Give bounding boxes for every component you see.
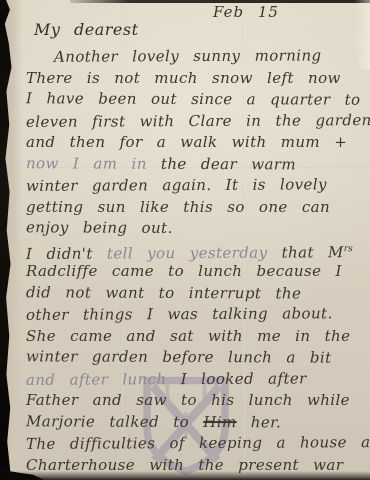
letter-line: now I am in the dear warm	[26, 153, 366, 176]
letter-text-segment: winter garden again. It is lovely	[26, 175, 327, 195]
letter-body: Another lovely sunny morningThere is not…	[26, 46, 366, 476]
letter-line: There is not much snow left now	[26, 68, 366, 90]
letter-text-segment: enjoy being out.	[26, 218, 173, 237]
letter-line: Another lovely sunny morning	[26, 45, 366, 68]
letter-paper: Feb 15 My dearest Another lovely sunny m…	[0, 0, 370, 480]
letter-line: I have been out since a quarter to	[26, 88, 366, 111]
letter-text-segment: getting sun like this so one can	[26, 198, 330, 216]
letter-line: did not want to interrupt the	[26, 282, 366, 305]
letter-text-segment: Father and saw to his lunch while	[26, 391, 350, 409]
letter-text-segment: rs	[344, 244, 353, 254]
letter-line: and after lunch I looked after	[26, 368, 366, 391]
scanned-letter: Feb 15 My dearest Another lovely sunny m…	[0, 0, 370, 480]
letter-line: She came and sat with me in the	[26, 326, 366, 348]
letter-line: winter garden again. It is lovely	[26, 174, 366, 197]
letter-line: Radcliffe came to lunch because I	[26, 261, 366, 283]
scan-edge-bottom	[0, 471, 370, 480]
letter-line: getting sun like this so one can	[26, 197, 366, 219]
letter-text-segment: winter garden before lunch a bit	[26, 347, 332, 366]
letter-text-segment: Marjorie talked to	[26, 412, 203, 431]
letter-text-segment: now I am in	[26, 154, 161, 173]
letter-text-segment: other things I was talking about.	[26, 304, 333, 324]
letter-line: Father and saw to his lunch while	[26, 390, 366, 412]
letter-text-segment: eleven first with Clare in the garden	[26, 111, 370, 131]
letter-text-segment: and after lunch	[26, 370, 181, 389]
letter-text-segment: I have been out since a quarter to	[26, 89, 361, 108]
letter-text-segment: There is not much snow left now	[26, 69, 341, 87]
letter-text-segment: Him	[203, 413, 236, 431]
letter-line: enjoy being out.	[26, 217, 366, 240]
letter-text-segment: She came and sat with me in the	[26, 327, 350, 345]
letter-line: winter garden before lunch a bit	[26, 346, 366, 369]
letter-text-segment: did not want to interrupt the	[26, 283, 301, 302]
letter-line: other things I was talking about.	[26, 303, 366, 326]
letter-line: The difficulties of keeping a house at	[26, 432, 366, 455]
letter-line: and then for a walk with mum +	[26, 132, 366, 154]
letter-text-segment: Another lovely sunny morning	[54, 46, 322, 65]
letter-text-segment: the dear warm	[161, 154, 296, 173]
letter-date: Feb 15	[213, 3, 279, 21]
letter-line: I didn't tell you yesterday that Mrs	[26, 239, 366, 262]
letter-text-segment: I didn't	[26, 244, 107, 262]
letter-text-segment: Radcliffe came to lunch because I	[26, 262, 342, 280]
letter-line: Marjorie talked to Him her.	[26, 411, 366, 434]
letter-text-segment: The difficulties of keeping a house at	[26, 433, 370, 453]
letter-text-segment: tell you yesterday	[107, 243, 282, 262]
letter-text-segment: her.	[237, 413, 282, 431]
scan-corner-top-right	[354, 0, 370, 70]
letter-line: eleven first with Clare in the garden	[26, 110, 366, 133]
letter-text-segment: that M	[282, 243, 344, 261]
letter-salutation: My dearest	[34, 20, 139, 39]
letter-text-segment: and then for a walk with mum +	[26, 133, 347, 151]
scan-edge-top	[70, 0, 370, 3]
letter-text-segment: I looked after	[181, 369, 307, 388]
